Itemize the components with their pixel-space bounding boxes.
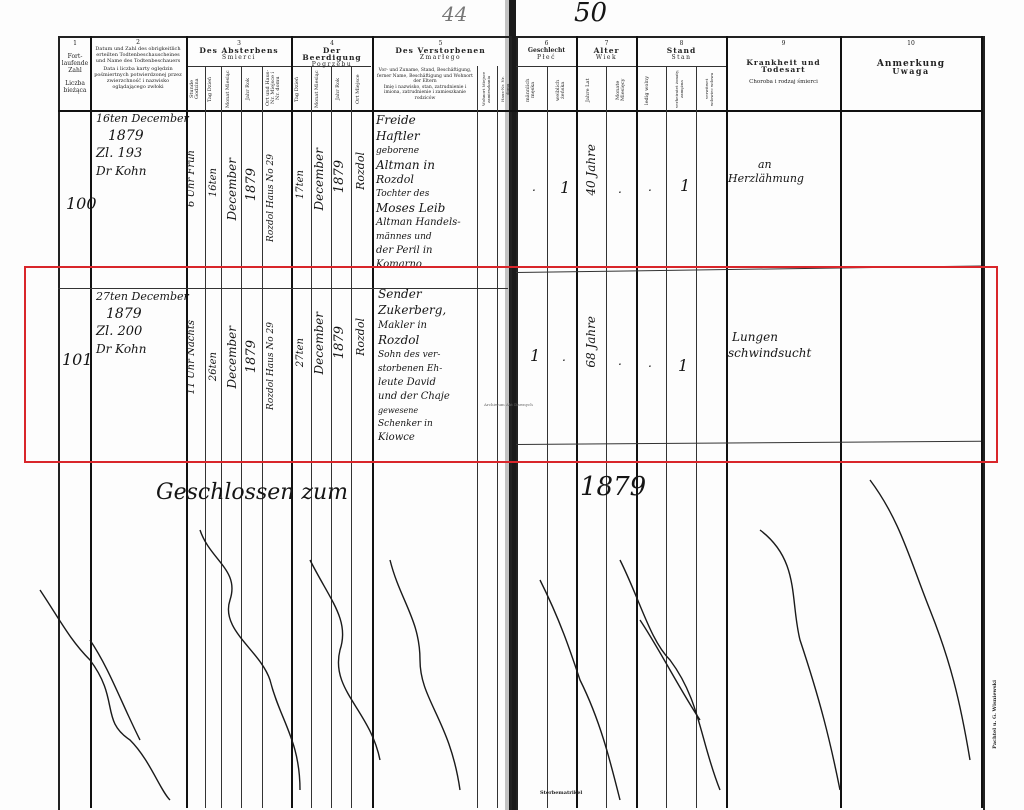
cancellation-strokes [0, 0, 1024, 810]
printer-imprint: Pachtel u. G. Wisniewski [992, 680, 998, 749]
form-name-footer: Sterbematrikel [540, 790, 582, 796]
